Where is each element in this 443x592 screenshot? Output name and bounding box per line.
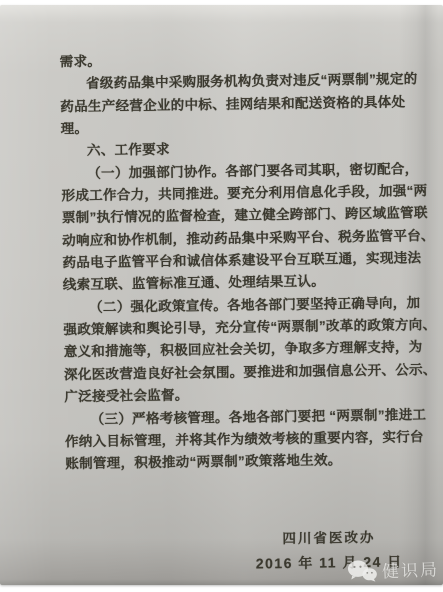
document-line: 账制管理，积极推动“两票制”政策落地生效。 <box>65 448 423 475</box>
watermark: 健识局 <box>346 555 440 583</box>
signature: 四川省医改办 <box>241 525 416 551</box>
watermark-label: 健识局 <box>382 555 440 582</box>
document-text: 需求。省级药品集中采购服务机构负责对违反“两票制”规定的药品生产经营企业的中标、… <box>0 2 443 588</box>
document-lines: 需求。省级药品集中采购服务机构负责对违反“两票制”规定的药品生产经营企业的中标、… <box>60 46 424 475</box>
page: 需求。省级药品集中采购服务机构负责对违反“两票制”规定的药品生产经营企业的中标、… <box>0 0 443 592</box>
wechat-icon <box>346 558 379 583</box>
document-photo: 需求。省级药品集中采购服务机构负责对违反“两票制”规定的药品生产经营企业的中标、… <box>0 5 443 585</box>
